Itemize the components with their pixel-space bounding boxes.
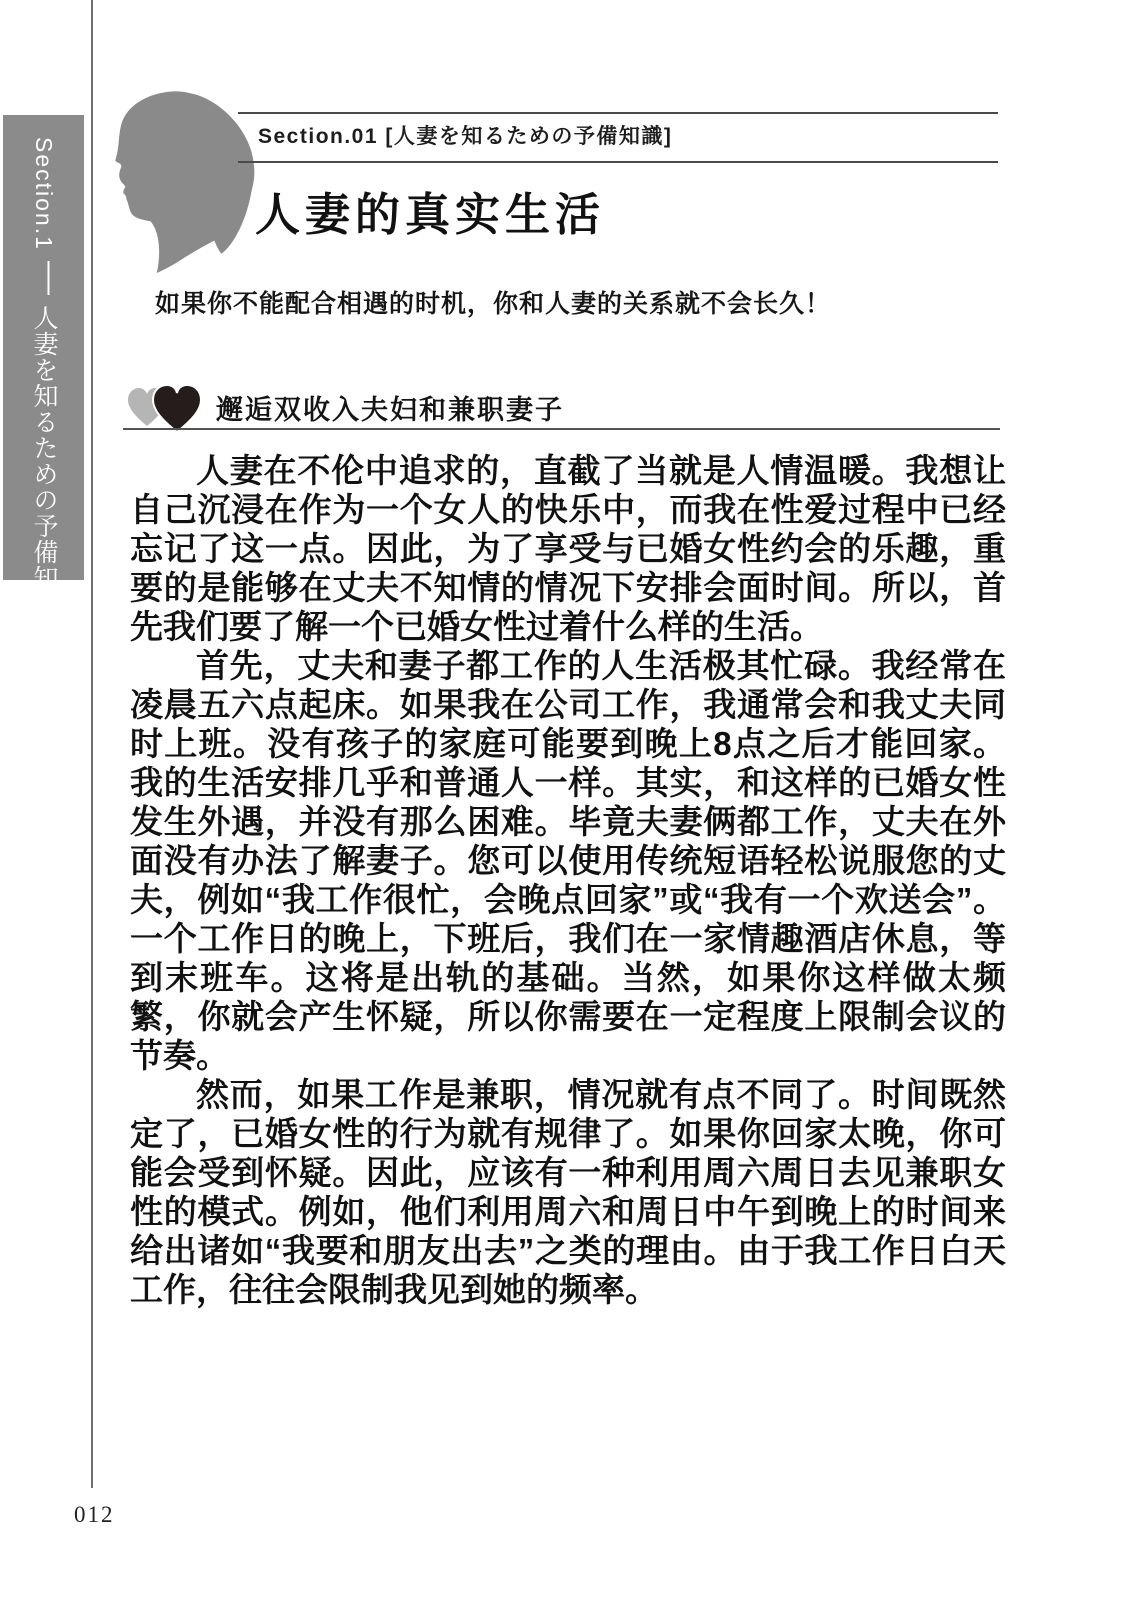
body-paragraph-1: 人妻在不伦中追求的，直截了当就是人情温暖。我想让自己沉浸在作为一个女人的快乐中，…: [130, 451, 1006, 646]
left-vertical-rule: [91, 0, 93, 1488]
header-rule-top: [238, 112, 998, 114]
sidebar-vertical-text: Section.1人妻を知るための予備知識: [31, 137, 56, 617]
section-heading-underline: [123, 428, 1000, 430]
section-heading-label: 邂逅双收入夫妇和兼职妻子: [216, 388, 564, 427]
body-paragraph-2: 首先，丈夫和妻子都工作的人生活极其忙碌。我经常在凌晨五六点起床。如果我在公司工作…: [130, 646, 1006, 1075]
header-rule-bottom: [238, 161, 998, 163]
sidebar-section-number: Section.1: [31, 137, 57, 251]
woman-profile-silhouette-icon: [113, 90, 255, 274]
header-section-line: Section.01 [人妻を知るための予備知識]: [258, 120, 672, 150]
sidebar-section-tab: Section.1人妻を知るための予備知識: [3, 115, 84, 580]
page-title: 人妻的真实生活: [255, 178, 605, 243]
body-text: 人妻在不伦中追求的，直截了当就是人情温暖。我想让自己沉浸在作为一个女人的快乐中，…: [130, 451, 1006, 1309]
body-paragraph-3: 然而，如果工作是兼职，情况就有点不同了。时间既然定了，已婚女性的行为就有规律了。…: [130, 1075, 1006, 1309]
sidebar-section-title: 人妻を知るための予備知識: [30, 305, 58, 617]
double-heart-icon: [124, 368, 208, 434]
sidebar-divider: [47, 261, 49, 295]
book-page: Section.1人妻を知るための予備知識 Section.01 [人妻を知るた…: [0, 0, 1128, 1600]
page-subtitle: 如果你不能配合相遇的时机，你和人妻的关系就不会长久！: [155, 284, 831, 320]
page-number: 012: [74, 1502, 115, 1528]
